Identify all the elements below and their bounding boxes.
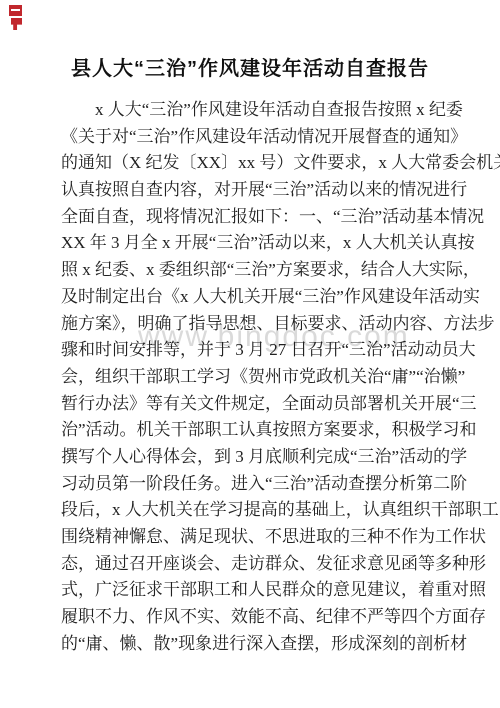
body-line: 骤和时间安排等，并于 3 月 27 日召开“三治”活动动员大 [61,337,448,364]
body-line: 习动员第一阶段任务。进入“三治”活动查摆分析第二阶 [61,471,448,498]
corner-stamp-icon [9,5,24,32]
body-line: 的通知（X 纪发〔XX〕xx 号）文件要求，x 人大常委会机关 [61,150,448,177]
body-line: 式，广泛征求干部职工和人民群众的意见建议，着重对照 [61,577,448,604]
body-line: 《关于对“三治”作风建设年活动情况开展督查的通知》 [61,124,448,151]
body-line: 全面自查，现将情况汇报如下：一、“三治”活动基本情况 [61,204,448,231]
body-line: 态，通过召开座谈会、走访群众、发征求意见函等多种形 [61,551,448,578]
body-line: 及时制定出台《x 人大机关开展“三治”作风建设年活动实 [61,284,448,311]
document-body: x 人大“三治”作风建设年活动自查报告按照 x 纪委《关于对“三治”作风建设年活… [61,97,448,657]
document-page: 县人大“三治”作风建设年活动自查报告 www.bingdoc.com x 人大“… [0,0,500,708]
body-line: 暂行办法》等有关文件规定，全面动员部署机关开展“三 [61,391,448,418]
body-line: 履职不力、作风不实、效能不高、纪律不严等四个方面存 [61,604,448,631]
stamp-block-shape [9,5,22,16]
body-line: 的“庸、懒、散”现象进行深入查摆，形成深刻的剖析材 [61,631,448,658]
document-title: 县人大“三治”作风建设年活动自查报告 [0,52,500,81]
body-line: 认真按照自查内容，对开展“三治”活动以来的情况进行 [61,177,448,204]
body-line: x 人大“三治”作风建设年活动自查报告按照 x 纪委 [61,97,448,124]
body-line: 会，组织干部职工学习《贺州市党政机关治“庸”“治懒” [61,364,448,391]
body-line: 撰写个人心得体会，到 3 月底顺利完成“三治”活动的学 [61,444,448,471]
body-line: XX 年 3 月全 x 开展“三治”活动以来，x 人大机关认真按 [61,230,448,257]
stamp-tail-shape [11,18,22,30]
body-line: 治”活动。机关干部职工认真按照方案要求，积极学习和 [61,417,448,444]
body-line: 照 x 纪委、x 委组织部“三治”方案要求，结合人大实际， [61,257,448,284]
body-line: 围绕精神懈怠、满足现状、不思进取的三种不作为工作状 [61,524,448,551]
body-line: 段后，x 人大机关在学习提高的基础上，认真组织干部职工 [61,497,448,524]
body-line: 施方案》，明确了指导思想、目标要求、活动内容、方法步 [61,311,448,338]
